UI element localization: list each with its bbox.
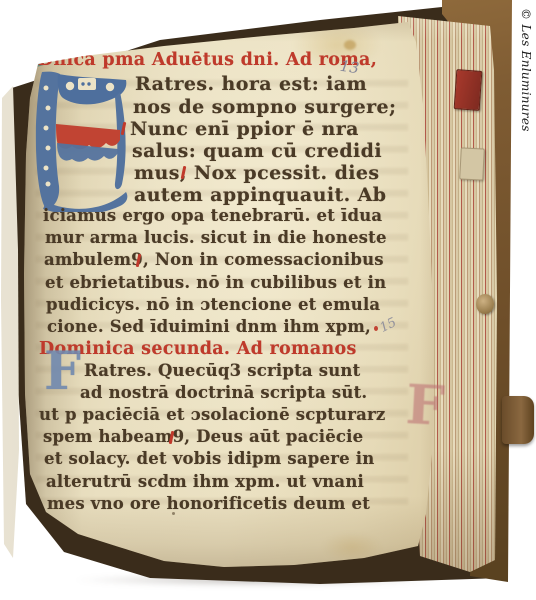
text-line: mur arma lucis. sicut in die honeste: [45, 230, 387, 247]
rubric-line: Dominica secunda. Ad romanos: [39, 341, 357, 359]
text-line: mes vno ore honorificetis deum et: [47, 496, 370, 513]
rubric-line: Dnica pma Aduētus dni. Ad roma,: [38, 52, 377, 70]
text-line: autem appinquauit. Ab: [134, 186, 387, 205]
text-line: Nunc enī ppior ē nra: [130, 120, 359, 139]
text-line: nos de sompno surgere;: [133, 98, 396, 117]
text-line: et solacy. det vobis idipm sapere in: [44, 451, 374, 468]
parchment-tab: [459, 147, 485, 180]
text-line: spem habeam9, Deus aūt paciēcie: [43, 429, 363, 446]
text-line: iciamus ergo opa tenebrarū. et īdua: [43, 208, 382, 225]
text-line: ut p paciēciā et ɔsolacionē scpturarz: [39, 407, 386, 424]
text-line: mus, Nox pcessit. dies: [134, 164, 379, 183]
text-line: cione. Sed īduimini dnm ihm xpm,: [47, 319, 371, 336]
text-line: ad nostrā doctrinā scripta sūt.: [80, 385, 367, 402]
text-line: salus: quam cū credidi: [132, 142, 382, 161]
photo-credit: © Les Enluminures: [519, 8, 533, 132]
bleedthrough-initial: F: [405, 377, 446, 433]
clasp-knob: [476, 294, 494, 314]
text-line: Ratres. Quecūq3 scripta sunt: [84, 363, 360, 380]
small-initial-F: F: [44, 346, 81, 398]
manuscript-page: I Dnica pma Aduētus dni. Ad roma, 13 Rat…: [22, 14, 458, 576]
text-line: ambulem9, Non in comessacionibus: [44, 252, 384, 269]
text-line: et ebrietatibus. nō in cubilibus et in: [45, 275, 386, 292]
clasp-strap: [502, 396, 534, 444]
text-line: alterutrū scdm ihm xpm. ut vnani: [46, 474, 364, 491]
photo-frame: I Dnica pma Aduētus dni. Ad roma, 13 Rat…: [0, 0, 536, 600]
red-bookmark-tab: [454, 69, 483, 111]
text-line: Ratres. hora est: iam: [135, 75, 367, 94]
illuminated-initial-F: [30, 70, 134, 212]
text-line: pudicicys. nō in ɔtencione et emula: [46, 297, 380, 314]
parchment-stain: [344, 40, 356, 50]
red-ink-dot: [374, 326, 378, 331]
